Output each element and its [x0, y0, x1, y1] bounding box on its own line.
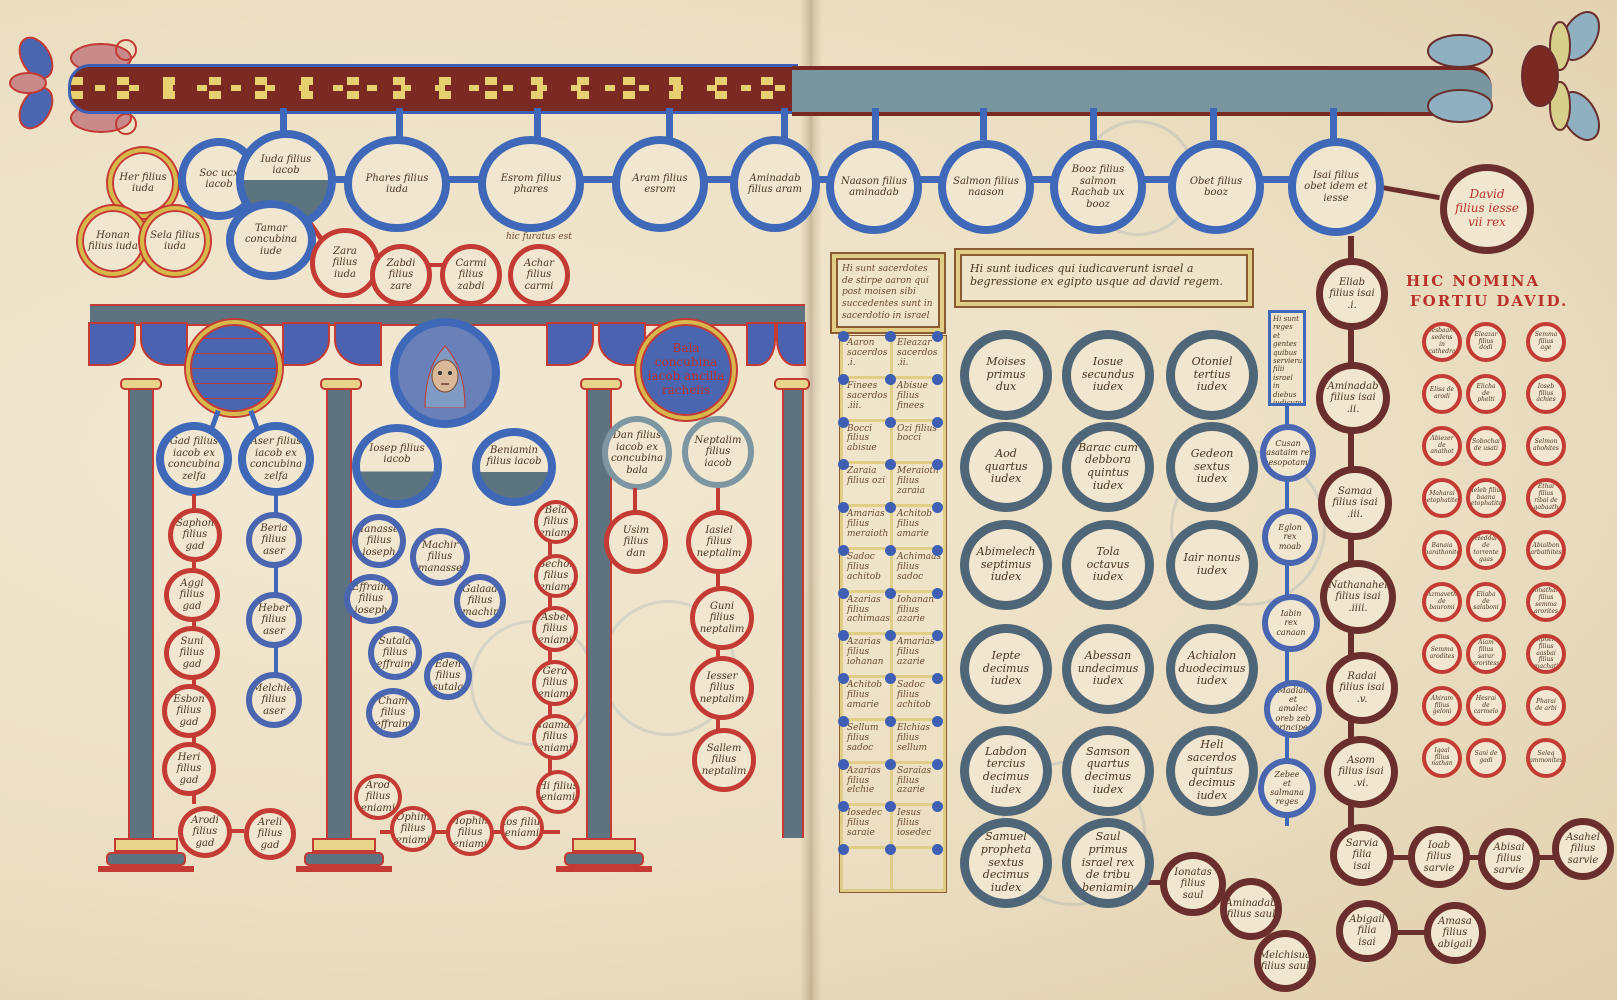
column-base	[106, 838, 186, 872]
node-aram: Aram filius esrom	[612, 136, 708, 232]
judge-node: Samson quartus decimus iudex	[1062, 726, 1154, 816]
column	[326, 390, 352, 838]
node-isai: Isai filius obet idem et iesse	[1288, 138, 1384, 236]
node-effraim: Effraim filius ioseph	[344, 574, 398, 624]
node-beniamin: Beniamin filius iacob	[472, 428, 556, 506]
priest-cell: Achitob filius amarie	[843, 678, 893, 721]
mighty-man-node: Sani de gadi	[1466, 738, 1506, 778]
node-beniamin-son: Bela filius beniamin	[534, 500, 578, 544]
judge-node: Iepte decimus iudex	[960, 624, 1052, 714]
node-david: David filius iesse vii rex	[1440, 164, 1534, 254]
priest-cell: Azarias filius achimaas	[843, 593, 893, 636]
node-machir: Machir filius manasse	[410, 528, 470, 586]
medallion-bala: Bala concubina iacob ancilla rachelis	[636, 320, 736, 420]
priest-cell: Amarias filius azarie	[893, 635, 943, 678]
judge-node: Abessan undecimus iudex	[1062, 624, 1154, 714]
judge-node: Tola octavus iudex	[1062, 520, 1154, 610]
priest-cell	[893, 849, 943, 892]
mighty-man-node: Heleb filius baana netophatites	[1466, 478, 1506, 518]
judge-node: Gedeon sextus iudex	[1166, 422, 1258, 512]
column-base	[564, 838, 644, 872]
node-madian: Madian et amalec oreb zeb principes	[1264, 680, 1322, 738]
column-capital	[282, 322, 382, 364]
priest-cell: Eleazar sacerdos .ii.	[893, 336, 943, 379]
grid-dot-icon	[932, 759, 943, 770]
grid-dot-icon	[885, 374, 896, 385]
judge-node: Moises primus dux	[960, 330, 1052, 420]
node-neptalim-son: Sallem filius neptalim	[692, 728, 756, 792]
node-beniamin-son: Hi filius beniamin	[536, 770, 580, 814]
judge-node: Aod quartus iudex	[960, 422, 1052, 512]
slate-band	[792, 66, 1492, 116]
mighty-man-node: Eleazar filius dodi	[1466, 322, 1506, 362]
node-usim: Usim filius dan	[604, 510, 668, 574]
node-eliab: Eliab filius isai .i.	[1316, 258, 1388, 330]
grid-dot-icon	[932, 331, 943, 342]
judge-node: Labdon tercius decimus iudex	[960, 726, 1052, 816]
priest-cell: Achitob filius amarie	[893, 507, 943, 550]
mighty-men-heading-1: HIC NOMINA	[1406, 272, 1540, 290]
node-aser-son: Melchiel filius aser	[246, 672, 302, 728]
priest-cell: Ozi filius bocci	[893, 422, 943, 465]
grid-dot-icon	[838, 759, 849, 770]
node-zebee: Zebee et salmana reges	[1258, 758, 1316, 818]
grid-dot-icon	[838, 374, 849, 385]
node-beniamin-son: Asbel filius beniamin	[532, 606, 578, 652]
node-gad: Gad filius iacob ex concubina zelfa	[156, 422, 232, 496]
portrait-figure-icon	[415, 338, 475, 408]
priest-cell: Meraioth filius zaraia	[893, 464, 943, 507]
mighty-man-node: Ioseb filius achies	[1526, 374, 1566, 414]
right-palmette-ornament-icon	[1400, 6, 1615, 146]
priest-cell: Elchias filius sellum	[893, 721, 943, 764]
medallion-portrait	[390, 318, 500, 428]
mighty-man-node: Eliaba de salaboni	[1466, 582, 1506, 622]
column-capital	[88, 322, 188, 364]
mighty-man-node: Elisa de arodi	[1422, 374, 1462, 414]
priest-cell: Sellum filius sadoc	[843, 721, 893, 764]
node-zabdi: Zabdi filius zare	[370, 244, 432, 306]
node-ionatas: Ionatas filius saul	[1160, 852, 1226, 916]
mighty-man-node: Azmaveth de bauromi	[1422, 582, 1462, 622]
node-aminadab-isai: Aminadab filius isai .ii.	[1316, 362, 1390, 434]
node-cusan: Cusan rasataim rex mesopotamie	[1260, 424, 1316, 482]
mighty-man-node: Ahiram filius geloni	[1422, 686, 1462, 726]
grid-dot-icon	[838, 331, 849, 342]
priest-cell: Saraias filius azarie	[893, 764, 943, 807]
node-aminadab: Aminadab filius aram	[730, 136, 820, 232]
node-zara: Zara filius iuda	[310, 228, 380, 298]
grid-dot-icon	[932, 588, 943, 599]
node-gad-son: Aggi filius gad	[164, 568, 220, 622]
node-booz: Booz filius salmon Rachab ux booz	[1050, 140, 1146, 234]
node-onan: Honan filius iuda	[78, 206, 148, 276]
grid-dot-icon	[932, 502, 943, 513]
node-amasa: Amasa filius abigail	[1424, 902, 1486, 964]
judge-node: Iosue secundus iudex	[1062, 330, 1154, 420]
node-naason: Naason filius aminadab	[826, 140, 922, 234]
node-beniamin-son: Bechor filius beniamin	[534, 554, 578, 598]
column	[128, 390, 154, 838]
mighty-man-node: Iesbaam sedens in cathedra	[1422, 322, 1462, 362]
mighty-man-node: Abiezer de anathot	[1422, 426, 1462, 466]
mighty-man-node: Sobochai de usati	[1466, 426, 1506, 466]
mighty-man-node: Elicha de phelti	[1466, 374, 1506, 414]
mighty-man-node: Semma filius age	[1526, 322, 1566, 362]
medallion-striped	[186, 320, 282, 416]
column-capital	[746, 322, 806, 364]
achar-note: hic furatus est	[506, 232, 572, 242]
priest-cell: Abisue filius finees	[893, 379, 943, 422]
priests-heading-box: Hi sunt sacerdotes de stirpe aaron qui p…	[836, 258, 940, 328]
judge-node: Achialon duodecimus iudex	[1166, 624, 1258, 714]
priest-cell: Sadoc filius achitob	[893, 678, 943, 721]
node-melchisua: Melchisua filius saul	[1254, 930, 1316, 992]
mighty-man-node: Seleq ammonites	[1526, 738, 1566, 778]
node-esrom: Esrom filius phares	[478, 136, 584, 232]
node-ioseph: Iosep filius iacob	[352, 424, 442, 508]
priest-cell: Zaraia filius ozi	[843, 464, 893, 507]
node-neptalim-son: Iasiel filius neptalim	[686, 510, 752, 574]
node-neptalim-son: Guni filius neptalim	[690, 586, 754, 650]
mighty-man-node: Selmon ahohites	[1526, 426, 1566, 466]
grid-dot-icon	[885, 545, 896, 556]
mighty-man-node: Semma arodites	[1422, 634, 1462, 674]
judge-node: Barac cum debbora quintus iudex	[1062, 422, 1154, 512]
judge-node: Saul primus israel rex de tribu beniamin	[1062, 818, 1154, 908]
node-sela: Sela filius iuda	[140, 206, 210, 276]
priest-cell: Finees sacerdos .iii.	[843, 379, 893, 422]
grid-dot-icon	[885, 588, 896, 599]
node-beniamin-son: Arod filius beniamin	[354, 774, 402, 820]
priest-cell	[843, 849, 893, 892]
node-beniamin-son: Naaman filius beniamin	[532, 714, 578, 760]
grid-dot-icon	[885, 716, 896, 727]
grid-dot-icon	[885, 417, 896, 428]
priest-cell: Iesus filius iosedec	[893, 806, 943, 849]
priest-cell: Azarias filius iohanan	[843, 635, 893, 678]
node-carmi: Carmi filius zabdi	[440, 244, 502, 306]
meander-band	[68, 64, 798, 114]
node-obed: Obet filius booz	[1168, 140, 1264, 234]
grid-dot-icon	[932, 716, 943, 727]
priest-cell: Achimaas filius sadoc	[893, 550, 943, 593]
node-abigail: Abigail filia isai	[1336, 900, 1398, 962]
node-neptalim: Neptalim filius iacob	[682, 416, 754, 488]
node-cham: Cham filius effraim	[366, 688, 420, 738]
mighty-man-node: Eliphelet filius aasbai filius machati	[1526, 634, 1566, 674]
priest-cell: Azarias filius elchie	[843, 764, 893, 807]
node-radai: Radai filius isai .v.	[1326, 652, 1398, 724]
node-aminadab-saul: Aminadab filius saul	[1220, 878, 1282, 940]
node-samaa: Samaa filius isai .iii.	[1318, 466, 1392, 540]
grid-dot-icon	[838, 502, 849, 513]
node-gad-son: Areli filius gad	[244, 808, 296, 860]
judge-node: Otoniel tertius iudex	[1166, 330, 1258, 420]
node-asom: Asom filius isai .vi.	[1324, 736, 1398, 808]
mighty-man-node: Ionathan filius semma arorites	[1526, 582, 1566, 622]
node-gad-son: Esbon filius gad	[162, 684, 216, 738]
grid-dot-icon	[838, 417, 849, 428]
node-nathanahel: Nathanahel filius isai .iiii.	[1320, 560, 1396, 634]
node-ioab: Ioab filius sarvie	[1408, 826, 1470, 888]
node-manasses: Manasses filius ioseph	[352, 514, 406, 568]
grid-dot-icon	[932, 545, 943, 556]
node-aser-son: Heber filius aser	[246, 592, 302, 648]
priests-grid: Aaron sacerdos .i.Eleazar sacerdos .ii.F…	[840, 336, 946, 892]
node-neptalim-son: Iesser filius neptalim	[690, 656, 754, 720]
priest-cell: Iohanan filius azarie	[893, 593, 943, 636]
mighty-man-node: Maharai netophatites	[1422, 478, 1462, 518]
grid-dot-icon	[885, 759, 896, 770]
node-abisai: Abisai filius sarvie	[1478, 828, 1540, 890]
judge-node: Iair nonus iudex	[1166, 520, 1258, 610]
node-sutala: Sutala filius effraim	[368, 626, 422, 680]
grid-dot-icon	[838, 588, 849, 599]
node-sarvia: Sarvia filia isai	[1330, 824, 1394, 886]
mighty-man-node: Hesrai de carmelo	[1466, 686, 1506, 726]
priest-cell: Amarias filius meraioth	[843, 507, 893, 550]
judge-node: Abimelech septimus iudex	[960, 520, 1052, 610]
mighty-man-node: Banaia pharathonites	[1422, 530, 1462, 570]
column-capital	[546, 322, 646, 364]
node-phares: Phares filius iuda	[344, 136, 450, 232]
node-gad-son: Saphon filius gad	[168, 508, 222, 562]
node-gad-son: Heri filius gad	[162, 742, 216, 796]
priest-cell: Bocci filius abisue	[843, 422, 893, 465]
mighty-man-node: Abialbon arbathites	[1526, 530, 1566, 570]
node-aser-son: Beria filius aser	[246, 512, 302, 568]
grid-dot-icon	[838, 716, 849, 727]
node-aser: Aser filius iacob ex concubina zelfa	[238, 422, 314, 496]
node-salmon: Salmon filius naason	[938, 140, 1034, 234]
grid-dot-icon	[885, 331, 896, 342]
judges-heading-box: Hi sunt iudices qui iudicaverunt israel …	[960, 254, 1248, 302]
grid-dot-icon	[932, 374, 943, 385]
grid-dot-icon	[932, 417, 943, 428]
column-base	[304, 838, 384, 872]
mighty-man-node: Ethai filius ribai de gabaath	[1526, 478, 1566, 518]
kings-heading-box: Hi sunt reges et gentes quibus servierun…	[1268, 310, 1306, 406]
node-beniamin-son: Ros filius beniamin	[500, 806, 544, 850]
node-galaad: Galaad filius machir	[454, 574, 506, 628]
node-beniamin-son: Gera filius beniamin	[532, 660, 578, 706]
priest-cell: Sadoc filius achitob	[843, 550, 893, 593]
mighty-man-node: Pharai de arbi	[1526, 686, 1566, 726]
mighty-man-node: Igaal filius nathan	[1422, 738, 1462, 778]
node-eden: Eden filius sutala	[424, 652, 472, 700]
node-dan: Dan filius iacob ex concubina bala	[602, 416, 672, 490]
node-tamar: Tamar concubina iude	[226, 200, 316, 280]
manuscript-spread: Her filius iuda Honan filius iuda Sela f…	[0, 0, 1617, 1000]
priest-cell: Iosedec filius saraie	[843, 806, 893, 849]
node-gad-son: Arodi filius gad	[178, 806, 232, 858]
node-asahel: Asahel filius sarvie	[1552, 818, 1614, 880]
judge-node: Samuel propheta sextus decimus iudex	[960, 818, 1052, 908]
judge-node: Heli sacerdos quintus decimus iudex	[1166, 726, 1258, 816]
node-eglon: Eglon rex moab	[1262, 508, 1318, 566]
node-beniamin-son: Ophim filius beniamin	[390, 806, 436, 852]
node-gad-son: Suni filius gad	[164, 626, 220, 680]
node-iabin: Iabin rex canaan	[1262, 594, 1320, 652]
mighty-man-node: Aiam filius sarar aroritess	[1466, 634, 1506, 674]
grid-dot-icon	[885, 502, 896, 513]
grid-dot-icon	[838, 545, 849, 556]
mighty-men-heading-2: FORTIU DAVID.	[1410, 292, 1568, 310]
priest-cell: Aaron sacerdos .i.	[843, 336, 893, 379]
mighty-man-node: Heddai de torrente gaas	[1466, 530, 1506, 570]
node-beniamin-son: Mophim filius beniamin	[446, 810, 494, 856]
node-achar: Achar filius carmi	[508, 244, 570, 306]
column	[782, 390, 804, 838]
